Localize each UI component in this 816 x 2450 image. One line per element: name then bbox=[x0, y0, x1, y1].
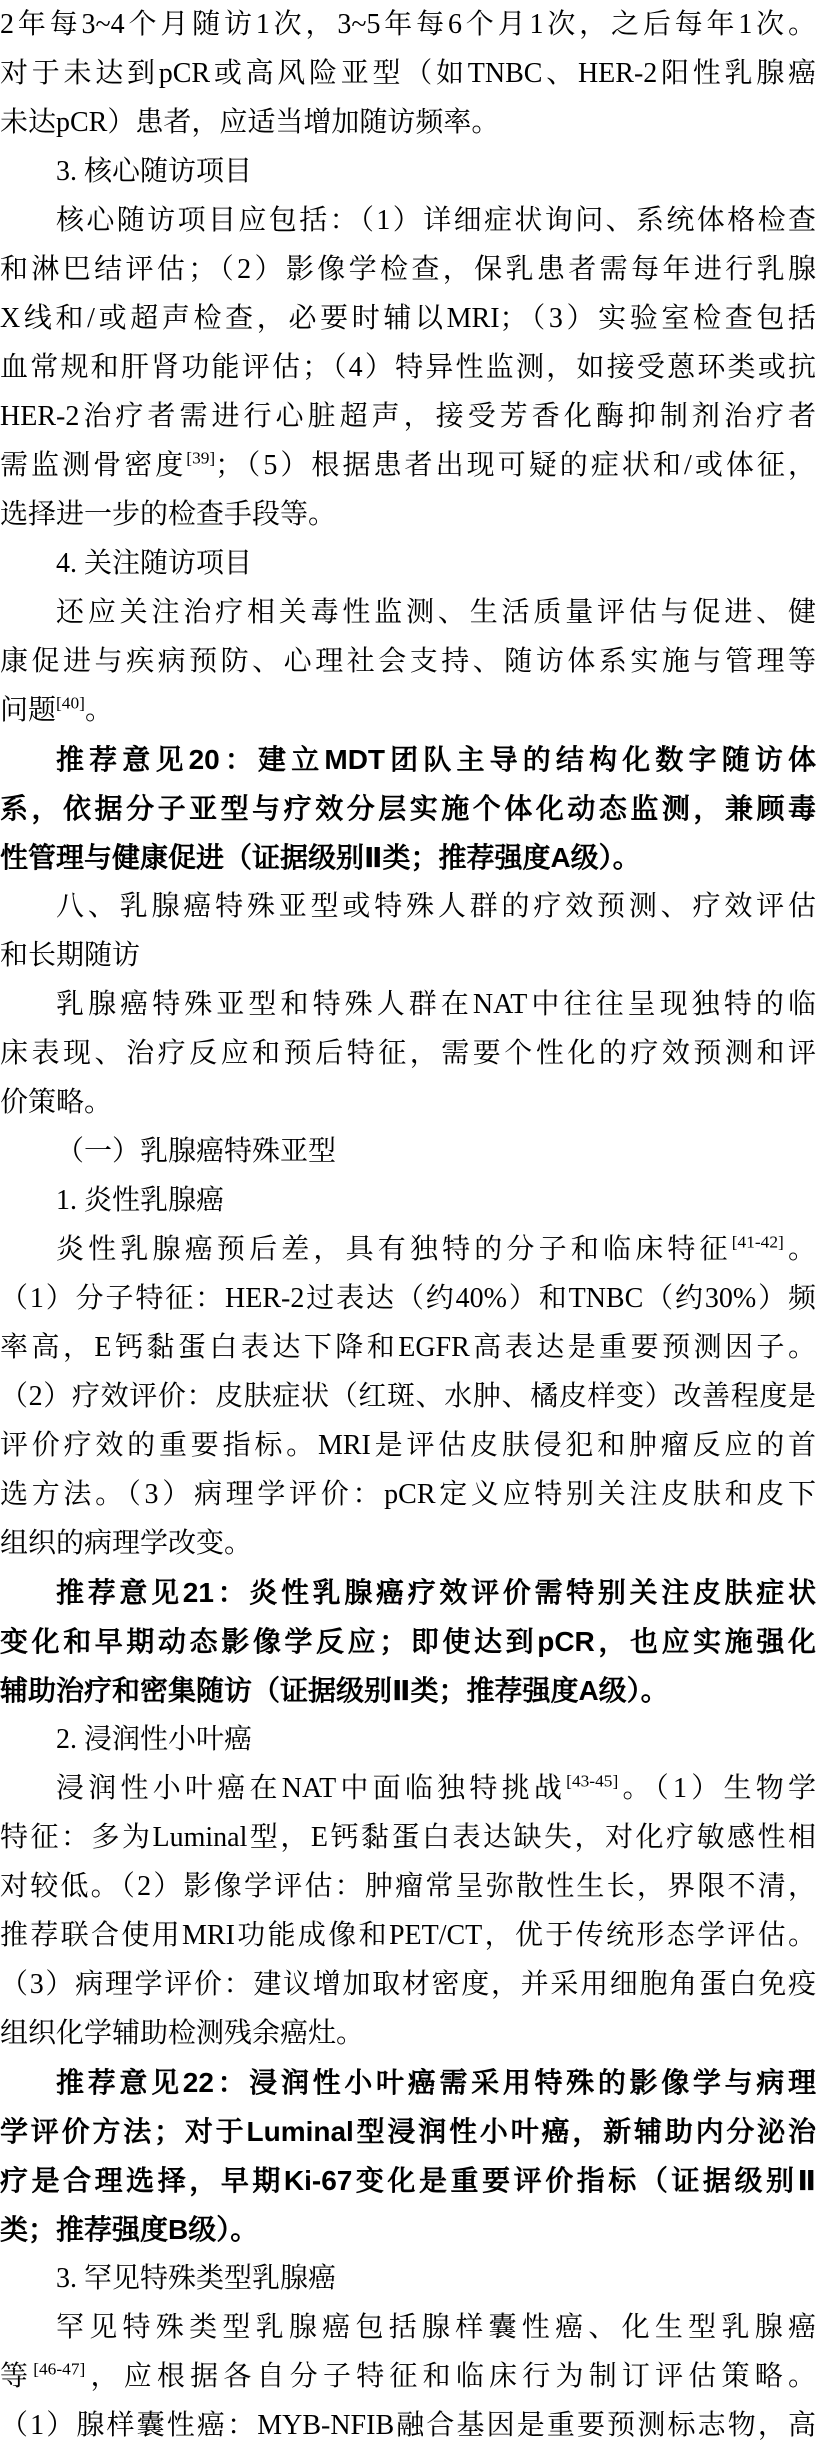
text-line: 对于未达到pCR或高风险亚型（如TNBC、HER-2阳性乳腺癌 bbox=[0, 49, 816, 98]
text-run: HER-2治疗者需进行心脏超声，接受芳香化酶抑制剂治疗者 bbox=[0, 401, 816, 432]
text-run: 类；推荐强度B级）。 bbox=[0, 2214, 258, 2245]
text-run: ，应根据各自分子特征和临床行为制订评估策略。 bbox=[85, 2361, 816, 2392]
text-run: 组织的病理学改变。 bbox=[0, 1528, 252, 1559]
text-line: 推荐意见22：浸润性小叶癌需采用特殊的影像学与病理 bbox=[0, 2058, 816, 2107]
text-line: 罕见特殊类型乳腺癌包括腺样囊性癌、化生型乳腺癌 bbox=[0, 2303, 816, 2352]
text-run: 八、乳腺癌特殊亚型或特殊人群的疗效预测、疗效评估 bbox=[56, 891, 816, 922]
text-line: 和长期随访 bbox=[0, 931, 816, 980]
text-run: 推荐意见22：浸润性小叶癌需采用特殊的影像学与病理 bbox=[56, 2067, 816, 2098]
text-line: 率高，E钙黏蛋白表达下降和EGFR高表达是重要预测因子。 bbox=[0, 1323, 816, 1372]
text-run: 对较低。（2）影像学评估：肿瘤常呈弥散性生长，界限不清， bbox=[0, 1871, 816, 1902]
text-line: 3. 罕见特殊类型乳腺癌 bbox=[0, 2254, 816, 2303]
text-run: 问题 bbox=[0, 695, 56, 726]
text-run: 4. 关注随访项目 bbox=[56, 548, 252, 579]
text-run: 组织化学辅助检测残余癌灶。 bbox=[0, 2018, 364, 2049]
text-line: 疗是合理选择，早期Ki-67变化是重要评价指标（证据级别Ⅱ bbox=[0, 2156, 816, 2205]
recommendation-20: 推荐意见20：建立MDT团队主导的结构化数字随访体系，依据分子亚型与疗效分层实施… bbox=[0, 735, 816, 882]
text-run: （1）腺样囊性癌：MYB-NFIB融合基因是重要预测标志物，高 bbox=[0, 2410, 816, 2441]
text-run: 推荐意见20：建立MDT团队主导的结构化数字随访体 bbox=[56, 744, 816, 775]
text-run: 。 bbox=[784, 1234, 816, 1265]
text-line: 3. 核心随访项目 bbox=[0, 147, 816, 196]
para-invasive-lobular-carcinoma: 浸润性小叶癌在NAT中面临独特挑战[43-45]。（1）生物学特征：多为Lumi… bbox=[0, 1764, 816, 2058]
text-run: 核心随访项目应包括：（1）详细症状询问、系统体格检查 bbox=[56, 205, 816, 236]
text-run: 2. 浸润性小叶癌 bbox=[56, 1724, 252, 1755]
text-line: 2. 浸润性小叶癌 bbox=[0, 1715, 816, 1764]
text-run: 选择进一步的检查手段等。 bbox=[0, 499, 336, 530]
text-run: 血常规和肝肾功能评估；（4）特异性监测，如接受蒽环类或抗 bbox=[0, 352, 816, 383]
text-line: 组织的病理学改变。 bbox=[0, 1519, 816, 1568]
text-run: 评价疗效的重要指标。MRI是评估皮肤侵犯和肿瘤反应的首 bbox=[0, 1430, 816, 1461]
text-run: 3. 核心随访项目 bbox=[56, 156, 252, 187]
text-line: 选择进一步的检查手段等。 bbox=[0, 490, 816, 539]
text-line: （3）病理学评价：建议增加取材密度，并采用细胞角蛋白免疫 bbox=[0, 1960, 816, 2009]
text-run: ；（5）根据患者出现可疑的症状和/或体征， bbox=[215, 450, 816, 481]
text-run: （1）分子特征：HER-2过表达（约40%）和TNBC（约30%）频 bbox=[0, 1283, 816, 1314]
text-run: 1. 炎性乳腺癌 bbox=[56, 1185, 224, 1216]
text-line: 血常规和肝肾功能评估；（4）特异性监测，如接受蒽环类或抗 bbox=[0, 343, 816, 392]
text-line: （一）乳腺癌特殊亚型 bbox=[0, 1127, 816, 1176]
text-run: 乳腺癌特殊亚型和特殊人群在NAT中往往呈现独特的临 bbox=[56, 989, 816, 1020]
text-run: （3）病理学评价：建议增加取材密度，并采用细胞角蛋白免疫 bbox=[0, 1969, 816, 2000]
text-line: 康促进与疾病预防、心理社会支持、随访体系实施与管理等 bbox=[0, 637, 816, 686]
text-line: 组织化学辅助检测残余癌灶。 bbox=[0, 2009, 816, 2058]
text-line: 特征：多为Luminal型，E钙黏蛋白表达缺失，对化疗敏感性相 bbox=[0, 1813, 816, 1862]
text-line: 学评价方法；对于Luminal型浸润性小叶癌，新辅助内分泌治 bbox=[0, 2107, 816, 2156]
text-run: 炎性乳腺癌预后差，具有独特的分子和临床特征 bbox=[56, 1234, 732, 1265]
recommendation-22: 推荐意见22：浸润性小叶癌需采用特殊的影像学与病理学评价方法；对于Luminal… bbox=[0, 2058, 816, 2254]
heading-attention-followup-items: 4. 关注随访项目 bbox=[0, 539, 816, 588]
text-line: 八、乳腺癌特殊亚型或特殊人群的疗效预测、疗效评估 bbox=[0, 882, 816, 931]
text-run: 对于未达到pCR或高风险亚型（如TNBC、HER-2阳性乳腺癌 bbox=[0, 58, 816, 89]
text-run: 等 bbox=[0, 2361, 33, 2392]
para-core-followup-items: 核心随访项目应包括：（1）详细症状询问、系统体格检查和淋巴结评估；（2）影像学检… bbox=[0, 196, 816, 539]
text-line: 系，依据分子亚型与疗效分层实施个体化动态监测，兼顾毒 bbox=[0, 784, 816, 833]
text-run: 。 bbox=[85, 695, 113, 726]
text-line: X线和/或超声检查，必要时辅以MRI；（3）实验室检查包括 bbox=[0, 294, 816, 343]
text-run: 还应关注治疗相关毒性监测、生活质量评估与促进、健 bbox=[56, 597, 816, 628]
text-line: 推荐联合使用MRI功能成像和PET/CT，优于传统形态学评估。 bbox=[0, 1911, 816, 1960]
text-run: 选方法。（3）病理学评价：pCR定义应特别关注皮肤和皮下 bbox=[0, 1479, 816, 1510]
text-line: 推荐意见20：建立MDT团队主导的结构化数字随访体 bbox=[0, 735, 816, 784]
para-inflammatory-breast-cancer: 炎性乳腺癌预后差，具有独特的分子和临床特征[41-42]。（1）分子特征：HER… bbox=[0, 1225, 816, 1568]
recommendation-21: 推荐意见21：炎性乳腺癌疗效评价需特别关注皮肤症状变化和早期动态影像学反应；即使… bbox=[0, 1568, 816, 1715]
text-run: （一）乳腺癌特殊亚型 bbox=[56, 1136, 336, 1167]
section-heading-8: 八、乳腺癌特殊亚型或特殊人群的疗效预测、疗效评估和长期随访 bbox=[0, 882, 816, 980]
text-run: 特征：多为Luminal型，E钙黏蛋白表达缺失，对化疗敏感性相 bbox=[0, 1822, 816, 1853]
citation-ref: [41-42] bbox=[732, 1233, 784, 1252]
text-line: 乳腺癌特殊亚型和特殊人群在NAT中往往呈现独特的临 bbox=[0, 980, 816, 1029]
para-attention-followup-items: 还应关注治疗相关毒性监测、生活质量评估与促进、健康促进与疾病预防、心理社会支持、… bbox=[0, 588, 816, 735]
text-line: 2年每3~4个月随访1次，3~5年每6个月1次，之后每年1次。 bbox=[0, 0, 816, 49]
text-run: 性管理与健康促进（证据级别Ⅱ类；推荐强度A级）。 bbox=[0, 842, 641, 873]
heading-inflammatory-breast-cancer: 1. 炎性乳腺癌 bbox=[0, 1176, 816, 1225]
heading-rare-special-types: 3. 罕见特殊类型乳腺癌 bbox=[0, 2254, 816, 2303]
heading-invasive-lobular-carcinoma: 2. 浸润性小叶癌 bbox=[0, 1715, 816, 1764]
text-line: 选方法。（3）病理学评价：pCR定义应特别关注皮肤和皮下 bbox=[0, 1470, 816, 1519]
text-run: 床表现、治疗反应和预后特征，需要个性化的疗效预测和评 bbox=[0, 1038, 816, 1069]
text-run: X线和/或超声检查，必要时辅以MRI；（3）实验室检查包括 bbox=[0, 303, 816, 334]
text-line: 评价疗效的重要指标。MRI是评估皮肤侵犯和肿瘤反应的首 bbox=[0, 1421, 816, 1470]
text-run: （2）疗效评价：皮肤症状（红斑、水肿、橘皮样变）改善程度是 bbox=[0, 1381, 816, 1412]
text-run: 价策略。 bbox=[0, 1087, 112, 1118]
text-line: 和淋巴结评估；（2）影像学检查，保乳患者需每年进行乳腺 bbox=[0, 245, 816, 294]
text-line: 问题[40]。 bbox=[0, 686, 816, 735]
text-line: 性管理与健康促进（证据级别Ⅱ类；推荐强度A级）。 bbox=[0, 833, 816, 882]
heading-core-followup-items: 3. 核心随访项目 bbox=[0, 147, 816, 196]
text-line: 类；推荐强度B级）。 bbox=[0, 2205, 816, 2254]
text-line: 床表现、治疗反应和预后特征，需要个性化的疗效预测和评 bbox=[0, 1029, 816, 1078]
text-line: 1. 炎性乳腺癌 bbox=[0, 1176, 816, 1225]
text-line: 辅助治疗和密集随访（证据级别Ⅱ类；推荐强度A级）。 bbox=[0, 1666, 816, 1715]
text-line: 核心随访项目应包括：（1）详细症状询问、系统体格检查 bbox=[0, 196, 816, 245]
para-followup-frequency: 2年每3~4个月随访1次，3~5年每6个月1次，之后每年1次。对于未达到pCR或… bbox=[0, 0, 816, 147]
text-run: 康促进与疾病预防、心理社会支持、随访体系实施与管理等 bbox=[0, 646, 816, 677]
para-rare-special-types: 罕见特殊类型乳腺癌包括腺样囊性癌、化生型乳腺癌等[46-47]，应根据各自分子特… bbox=[0, 2303, 816, 2450]
text-run: 疗是合理选择，早期Ki-67变化是重要评价指标（证据级别Ⅱ bbox=[0, 2165, 816, 2196]
document-page: 2年每3~4个月随访1次，3~5年每6个月1次，之后每年1次。对于未达到pCR或… bbox=[0, 0, 816, 2450]
text-line: （2）疗效评价：皮肤症状（红斑、水肿、橘皮样变）改善程度是 bbox=[0, 1372, 816, 1421]
text-run: 辅助治疗和密集随访（证据级别Ⅱ类；推荐强度A级）。 bbox=[0, 1675, 669, 1706]
text-line: 4. 关注随访项目 bbox=[0, 539, 816, 588]
para-special-subtypes-intro: 乳腺癌特殊亚型和特殊人群在NAT中往往呈现独特的临床表现、治疗反应和预后特征，需… bbox=[0, 980, 816, 1127]
text-run: 和长期随访 bbox=[0, 940, 140, 971]
text-line: 还应关注治疗相关毒性监测、生活质量评估与促进、健 bbox=[0, 588, 816, 637]
text-line: 价策略。 bbox=[0, 1078, 816, 1127]
text-line: HER-2治疗者需进行心脏超声，接受芳香化酶抑制剂治疗者 bbox=[0, 392, 816, 441]
text-run: 需监测骨密度 bbox=[0, 450, 186, 481]
text-line: 炎性乳腺癌预后差，具有独特的分子和临床特征[41-42]。 bbox=[0, 1225, 816, 1274]
citation-ref: [40] bbox=[56, 694, 85, 713]
text-line: 等[46-47]，应根据各自分子特征和临床行为制订评估策略。 bbox=[0, 2352, 816, 2401]
text-line: 变化和早期动态影像学反应；即使达到pCR，也应实施强化 bbox=[0, 1617, 816, 1666]
text-line: 对较低。（2）影像学评估：肿瘤常呈弥散性生长，界限不清， bbox=[0, 1862, 816, 1911]
citation-ref: [43-45] bbox=[566, 1772, 618, 1791]
text-line: 需监测骨密度[39]；（5）根据患者出现可疑的症状和/或体征， bbox=[0, 441, 816, 490]
heading-special-subtypes: （一）乳腺癌特殊亚型 bbox=[0, 1127, 816, 1176]
text-run: 推荐意见21：炎性乳腺癌疗效评价需特别关注皮肤症状 bbox=[56, 1577, 816, 1608]
text-run: 浸润性小叶癌在NAT中面临独特挑战 bbox=[56, 1773, 566, 1804]
citation-ref: [46-47] bbox=[33, 2360, 85, 2379]
text-line: 未达pCR）患者，应适当增加随访频率。 bbox=[0, 98, 816, 147]
text-line: 浸润性小叶癌在NAT中面临独特挑战[43-45]。（1）生物学 bbox=[0, 1764, 816, 1813]
text-run: 未达pCR）患者，应适当增加随访频率。 bbox=[0, 107, 499, 138]
text-run: 3. 罕见特殊类型乳腺癌 bbox=[56, 2263, 336, 2294]
text-run: 变化和早期动态影像学反应；即使达到pCR，也应实施强化 bbox=[0, 1626, 816, 1657]
text-line: （1）腺样囊性癌：MYB-NFIB融合基因是重要预测标志物，高 bbox=[0, 2401, 816, 2450]
text-run: 率高，E钙黏蛋白表达下降和EGFR高表达是重要预测因子。 bbox=[0, 1332, 816, 1363]
text-line: （1）分子特征：HER-2过表达（约40%）和TNBC（约30%）频 bbox=[0, 1274, 816, 1323]
text-run: 。（1）生物学 bbox=[618, 1773, 816, 1804]
citation-ref: [39] bbox=[186, 449, 215, 468]
text-run: 2年每3~4个月随访1次，3~5年每6个月1次，之后每年1次。 bbox=[0, 9, 816, 40]
text-run: 罕见特殊类型乳腺癌包括腺样囊性癌、化生型乳腺癌 bbox=[56, 2312, 816, 2343]
text-run: 学评价方法；对于Luminal型浸润性小叶癌，新辅助内分泌治 bbox=[0, 2116, 816, 2147]
text-run: 推荐联合使用MRI功能成像和PET/CT，优于传统形态学评估。 bbox=[0, 1920, 816, 1951]
text-run: 系，依据分子亚型与疗效分层实施个体化动态监测，兼顾毒 bbox=[0, 793, 816, 824]
text-line: 推荐意见21：炎性乳腺癌疗效评价需特别关注皮肤症状 bbox=[0, 1568, 816, 1617]
text-run: 和淋巴结评估；（2）影像学检查，保乳患者需每年进行乳腺 bbox=[0, 254, 816, 285]
